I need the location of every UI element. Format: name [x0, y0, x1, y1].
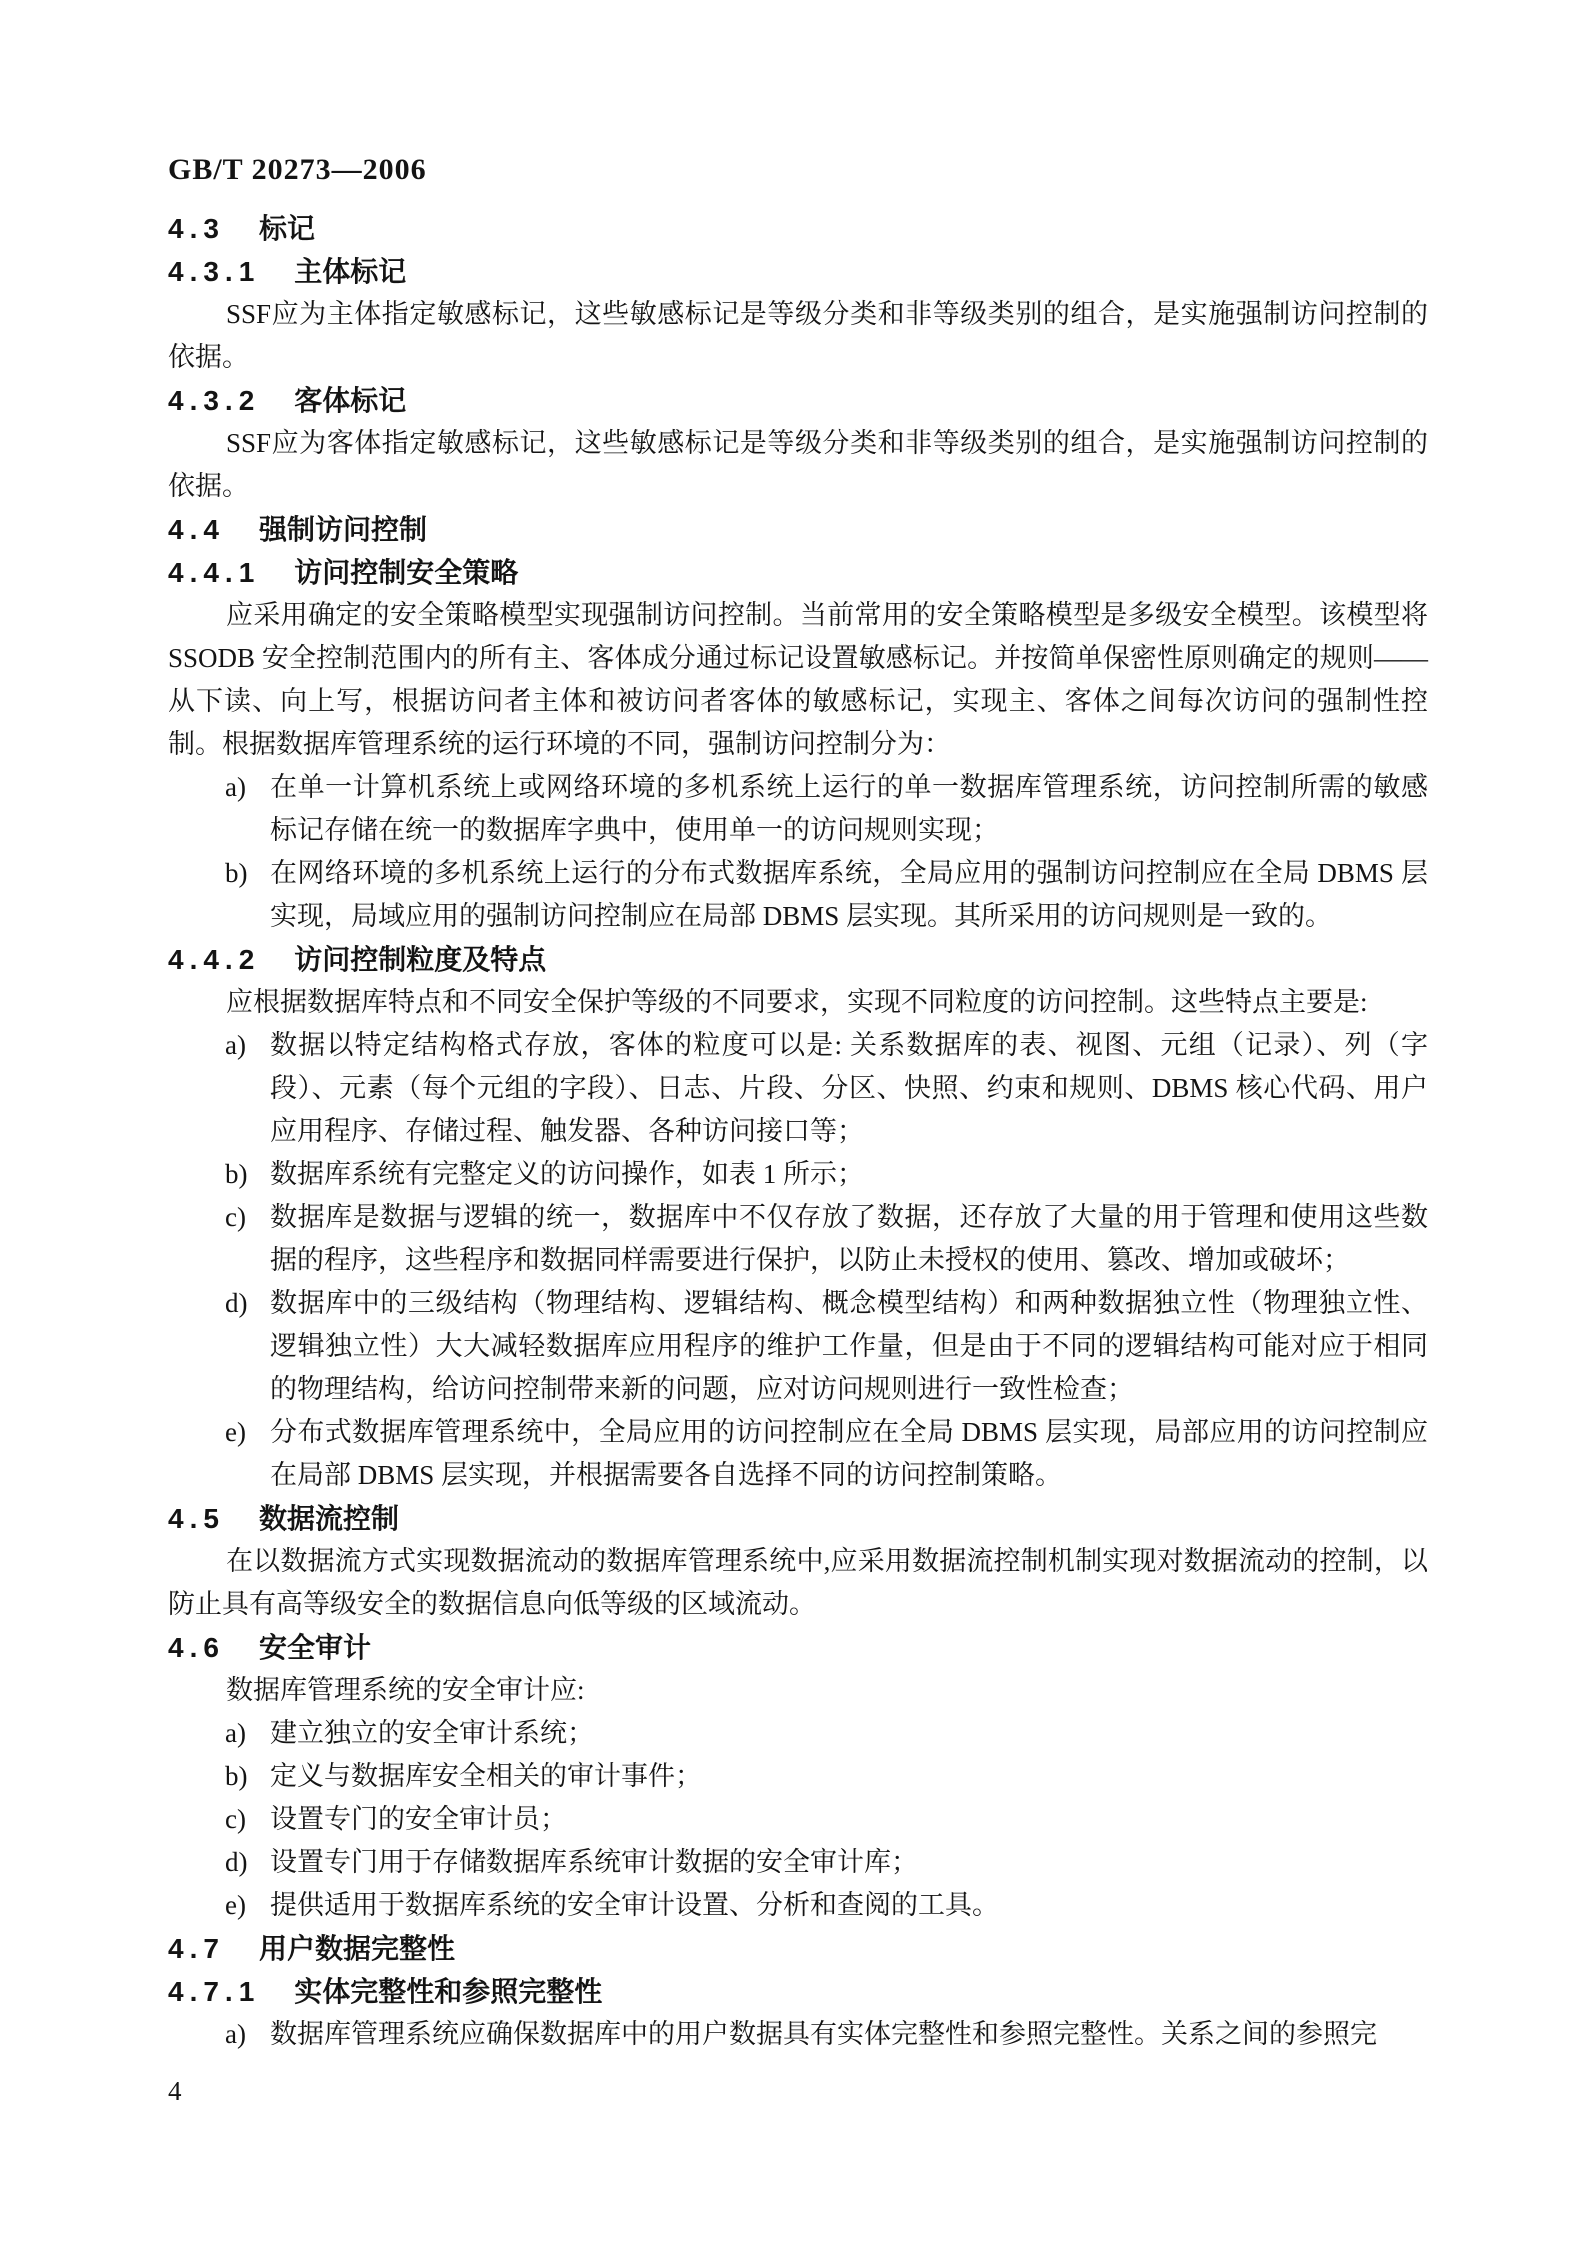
list-item-a: a) 数据库管理系统应确保数据库中的用户数据具有实体完整性和参照完整性。关系之间… — [168, 2013, 1428, 2056]
section-number: 4.4.1 — [168, 557, 260, 588]
section-heading-4-4: 4.4强制访问控制 — [168, 508, 1428, 551]
section-number: 4.4.2 — [168, 944, 260, 975]
section-number: 4.3.2 — [168, 385, 260, 416]
section-number: 4.5 — [168, 1503, 225, 1534]
list-item-a: a) 在单一计算机系统上或网络环境的多机系统上运行的单一数据库管理系统，访问控制… — [168, 766, 1428, 852]
list-item-e: e) 分布式数据库管理系统中，全局应用的访问控制应在全局 DBMS 层实现，局部… — [168, 1411, 1428, 1497]
list-item-label: b) — [225, 1755, 248, 1798]
list-item-c: c) 设置专门的安全审计员； — [168, 1798, 1428, 1841]
list-item-d: d) 设置专门用于存储数据库系统审计数据的安全审计库； — [168, 1841, 1428, 1884]
section-title: 实体完整性和参照完整性 — [294, 1976, 602, 2007]
section-number: 4.6 — [168, 1632, 225, 1663]
section-title: 数据流控制 — [259, 1503, 399, 1534]
document-page: GB/T 20273—2006 4.3标记 4.3.1主体标记 SSF应为主体指… — [0, 0, 1587, 2245]
paragraph: 在以数据流方式实现数据流动的数据库管理系统中,应采用数据流控制机制实现对数据流动… — [168, 1540, 1428, 1626]
list-item-a: a) 建立独立的安全审计系统； — [168, 1712, 1428, 1755]
list-item-b: b) 定义与数据库安全相关的审计事件； — [168, 1755, 1428, 1798]
section-title: 客体标记 — [294, 385, 406, 416]
list-item-label: c) — [225, 1196, 246, 1239]
list-item-text: 数据库中的三级结构（物理结构、逻辑结构、概念模型结构）和两种数据独立性（物理独立… — [270, 1288, 1428, 1404]
page-number: 4 — [168, 2070, 1428, 2113]
list-item-text: 数据库管理系统应确保数据库中的用户数据具有实体完整性和参照完整性。关系之间的参照… — [270, 2019, 1377, 2049]
list-item-text: 在单一计算机系统上或网络环境的多机系统上运行的单一数据库管理系统，访问控制所需的… — [270, 772, 1428, 845]
paragraph: 数据库管理系统的安全审计应: — [168, 1669, 1428, 1712]
section-title: 强制访问控制 — [259, 514, 427, 545]
list-item-label: b) — [225, 852, 248, 895]
list-item-text: 建立独立的安全审计系统； — [270, 1718, 594, 1748]
section-title: 主体标记 — [294, 256, 406, 287]
section-number: 4.4 — [168, 514, 225, 545]
list-item-label: d) — [225, 1841, 248, 1884]
section-heading-4-6: 4.6安全审计 — [168, 1626, 1428, 1669]
list-item-text: 数据库是数据与逻辑的统一，数据库中不仅存放了数据，还存放了大量的用于管理和使用这… — [270, 1202, 1428, 1275]
subsection-heading-4-3-1: 4.3.1主体标记 — [168, 250, 1428, 293]
paragraph: SSF应为主体指定敏感标记，这些敏感标记是等级分类和非等级类别的组合，是实施强制… — [168, 293, 1428, 379]
list-item-a: a) 数据以特定结构格式存放，客体的粒度可以是: 关系数据库的表、视图、元组（记… — [168, 1024, 1428, 1153]
subsection-heading-4-7-1: 4.7.1实体完整性和参照完整性 — [168, 1970, 1428, 2013]
section-title: 标记 — [259, 213, 315, 244]
section-title: 访问控制安全策略 — [294, 557, 518, 588]
list-item-e: e) 提供适用于数据库系统的安全审计设置、分析和查阅的工具。 — [168, 1884, 1428, 1927]
list-item-label: a) — [225, 1712, 246, 1755]
list-item-label: e) — [225, 1411, 246, 1454]
list-item-label: e) — [225, 1884, 246, 1927]
list-item-label: c) — [225, 1798, 246, 1841]
list-item-label: d) — [225, 1282, 248, 1325]
list-item-text: 数据库系统有完整定义的访问操作，如表 1 所示； — [270, 1159, 864, 1189]
list-item-label: a) — [225, 766, 246, 809]
list-item-b: b) 在网络环境的多机系统上运行的分布式数据库系统，全局应用的强制访问控制应在全… — [168, 852, 1428, 938]
list-item-text: 定义与数据库安全相关的审计事件； — [270, 1761, 702, 1791]
page-content: GB/T 20273—2006 4.3标记 4.3.1主体标记 SSF应为主体指… — [168, 148, 1428, 2113]
subsection-heading-4-3-2: 4.3.2客体标记 — [168, 379, 1428, 422]
list-item-b: b) 数据库系统有完整定义的访问操作，如表 1 所示； — [168, 1153, 1428, 1196]
section-heading-4-5: 4.5数据流控制 — [168, 1497, 1428, 1540]
section-number: 4.3.1 — [168, 256, 260, 287]
list-item-d: d) 数据库中的三级结构（物理结构、逻辑结构、概念模型结构）和两种数据独立性（物… — [168, 1282, 1428, 1411]
list-item-c: c) 数据库是数据与逻辑的统一，数据库中不仅存放了数据，还存放了大量的用于管理和… — [168, 1196, 1428, 1282]
section-title: 用户数据完整性 — [259, 1933, 455, 1964]
subsection-heading-4-4-1: 4.4.1访问控制安全策略 — [168, 551, 1428, 594]
section-heading-4-7: 4.7用户数据完整性 — [168, 1927, 1428, 1970]
section-number: 4.7.1 — [168, 1976, 260, 2007]
section-number: 4.3 — [168, 213, 225, 244]
list-item-text: 设置专门用于存储数据库系统审计数据的安全审计库； — [270, 1847, 918, 1877]
section-number: 4.7 — [168, 1933, 225, 1964]
section-title: 安全审计 — [259, 1632, 371, 1663]
list-item-label: b) — [225, 1153, 248, 1196]
paragraph: 应根据数据库特点和不同安全保护等级的不同要求，实现不同粒度的访问控制。这些特点主… — [168, 981, 1428, 1024]
list-item-text: 在网络环境的多机系统上运行的分布式数据库系统，全局应用的强制访问控制应在全局 D… — [270, 858, 1428, 931]
section-title: 访问控制粒度及特点 — [294, 944, 546, 975]
list-item-text: 提供适用于数据库系统的安全审计设置、分析和查阅的工具。 — [270, 1890, 999, 1920]
paragraph: 应采用确定的安全策略模型实现强制访问控制。当前常用的安全策略模型是多级安全模型。… — [168, 594, 1428, 766]
list-item-text: 分布式数据库管理系统中，全局应用的访问控制应在全局 DBMS 层实现，局部应用的… — [270, 1417, 1428, 1490]
standard-doc-code: GB/T 20273—2006 — [168, 148, 1428, 191]
paragraph: SSF应为客体指定敏感标记，这些敏感标记是等级分类和非等级类别的组合，是实施强制… — [168, 422, 1428, 508]
subsection-heading-4-4-2: 4.4.2访问控制粒度及特点 — [168, 938, 1428, 981]
list-item-label: a) — [225, 2013, 246, 2056]
list-item-text: 设置专门的安全审计员； — [270, 1804, 567, 1834]
section-heading-4-3: 4.3标记 — [168, 207, 1428, 250]
list-item-label: a) — [225, 1024, 246, 1067]
list-item-text: 数据以特定结构格式存放，客体的粒度可以是: 关系数据库的表、视图、元组（记录）、… — [270, 1030, 1428, 1146]
